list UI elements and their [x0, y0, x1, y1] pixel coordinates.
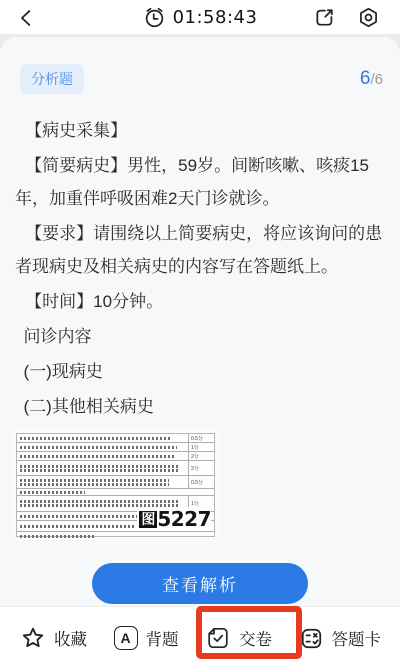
answer-key-table-image[interactable]: 0.5分1分2分2分0.5分1分1分 图 5227	[16, 433, 215, 537]
table-score-cell: 1分	[188, 443, 214, 451]
paragraph-history-collect: 【病史采集】	[15, 114, 385, 147]
table-row	[17, 489, 214, 496]
answer-card-label: 答题卡	[332, 626, 382, 650]
answer-card-button[interactable]: 答题卡	[299, 626, 382, 651]
bottom-toolbar: 收藏 A 背题 交卷 答题卡	[0, 606, 400, 669]
star-icon	[20, 625, 46, 651]
table-row: 2分	[17, 461, 214, 476]
question-current-index: 6	[360, 68, 371, 90]
question-card: 分析题 6 /6 【病史采集】 【简要病史】男性，59岁。间断咳嗽、咳痰15年，…	[0, 37, 400, 606]
question-text: 【病史采集】 【简要病史】男性，59岁。间断咳嗽、咳痰15年，加重伴呼吸困难2天…	[15, 114, 385, 423]
recite-label: 背题	[146, 626, 179, 650]
table-score-cell: 2分	[188, 461, 214, 475]
figure-number-label: 图 5227	[137, 507, 211, 531]
alarm-clock-icon	[143, 6, 166, 29]
figure-prefix: 图	[139, 511, 157, 528]
table-row: 0.5分	[17, 434, 214, 443]
paragraph-brief-history: 【简要病史】男性，59岁。间断咳嗽、咳痰15年，加重伴呼吸困难2天门诊就诊。	[15, 149, 385, 215]
question-total: /6	[370, 71, 383, 88]
submit-paper-button[interactable]: 交卷	[205, 625, 272, 651]
table-score-cell: 0.5分	[188, 476, 214, 488]
table-score-cell: 0.5分	[188, 434, 214, 442]
table-row	[17, 532, 214, 540]
table-row: 0.5分	[17, 476, 214, 489]
timer-value: 01:58:43	[173, 7, 258, 28]
recite-mode-button[interactable]: A 背题	[114, 626, 179, 650]
favorite-label: 收藏	[54, 626, 87, 650]
paragraph-present-illness: (一)现病史	[15, 355, 385, 388]
question-progress: 6 /6	[360, 68, 383, 90]
share-button[interactable]	[313, 6, 336, 29]
question-header: 分析题 6 /6	[20, 64, 383, 94]
table-row: 2分	[17, 452, 214, 461]
settings-nut-icon	[357, 6, 380, 29]
paragraph-other-history: (二)其他相关病史	[15, 390, 385, 423]
share-icon	[313, 6, 336, 29]
settings-button[interactable]	[357, 6, 380, 29]
answer-card-icon	[299, 626, 324, 651]
paragraph-inquiry-content: 问诊内容	[15, 320, 385, 353]
favorite-button[interactable]: 收藏	[20, 625, 87, 651]
question-type-badge: 分析题	[20, 64, 84, 94]
figure-number: 5227	[157, 507, 211, 531]
table-score-cell: 2分	[188, 452, 214, 460]
table-row: 1分	[17, 443, 214, 452]
view-analysis-button[interactable]: 查看解析	[92, 563, 308, 604]
submit-check-sheet-icon	[205, 625, 231, 651]
paragraph-time-limit: 【时间】10分钟。	[15, 285, 385, 318]
submit-label: 交卷	[239, 626, 272, 650]
letter-a-icon: A	[114, 626, 138, 650]
paragraph-requirement: 【要求】请围绕以上简要病史，将应该询问的患者现病史及相关病史的内容写在答题纸上。	[15, 217, 385, 283]
top-bar: 01:58:43	[0, 0, 400, 34]
